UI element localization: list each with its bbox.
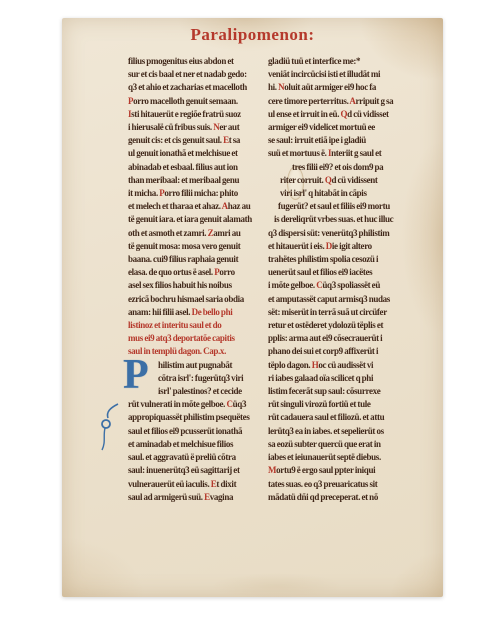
text-line: saul. et aggravatü ë preliü cõtra bbox=[128, 451, 262, 464]
text-segment: të genuit iara. et iara genuit alamath bbox=[128, 214, 252, 224]
text-line: sur et cis baal et ner et nadab gedo: bbox=[128, 68, 262, 81]
margin-flourish-icon bbox=[96, 402, 122, 454]
text-line: elasa. de quo ortus ë asel. Porro bbox=[128, 266, 262, 279]
text-line: vulnerauerüt eü iaculis. Et dixit bbox=[128, 478, 262, 491]
text-segment: ezricã bochru hismael saria obdia bbox=[128, 294, 244, 304]
text-line: it micha. Porro filii micha: phito bbox=[128, 187, 262, 200]
text-line: et amputassët caput armisq3 nudas bbox=[268, 293, 430, 306]
text-segment: d cü vidissent bbox=[331, 175, 377, 185]
text-line: trahëtes philistim spolia cesozü i bbox=[268, 253, 430, 266]
text-line: mãdatü dñi qd preceperat. et nõ bbox=[268, 491, 430, 504]
text-segment: tres filii ei9? et ois dom9 pa bbox=[292, 162, 383, 172]
text-line: të genuit mosa: mosa vero genuit bbox=[128, 240, 262, 253]
text-segment: nteriit g saul et bbox=[331, 148, 381, 158]
text-line: q3 dispersi süt: venerütq3 philistim bbox=[268, 227, 430, 240]
text-line: pplis: arma aut ei9 cõsecrauerüt i bbox=[268, 332, 430, 345]
text-line: et hitauerüt i eis. Die igit altero bbox=[268, 240, 430, 253]
text-line: Isti hitauerüt e regiõe fratrü suoz bbox=[128, 108, 262, 121]
text-segment: i hierusalë cü fribus suis. bbox=[128, 122, 213, 132]
text-line: lerütq3 ea in iabes. et sepelierüt os bbox=[268, 425, 430, 438]
text-segment: saul: inuenerütq3 eü sagittarij et bbox=[128, 465, 240, 475]
text-segment: et hitauerüt i eis. bbox=[268, 241, 326, 251]
text-line: anam: hii filii asel. De bello phi bbox=[128, 306, 262, 319]
text-line: tres filii ei9? et ois dom9 pa bbox=[268, 161, 430, 174]
text-segment: ortu9 ë ergo saul ppter iniqui bbox=[276, 465, 375, 475]
text-line: baana. cui9 filius raphaia genuit bbox=[128, 253, 262, 266]
text-segment: ul ense et irruit in eü. bbox=[268, 109, 341, 119]
text-segment: rüt vulnerati in mõte gelboe. bbox=[128, 399, 227, 409]
text-column-right: gladiü tuü et interfice me:*veniãt incir… bbox=[268, 55, 430, 504]
text-line: saul ad armigerü suü. Evagina bbox=[128, 491, 262, 504]
text-line: gladiü tuü et interfice me:* bbox=[268, 55, 430, 68]
text-line: q3 et ahio et zacharias et macelloth bbox=[128, 81, 262, 94]
text-segment: genuit cis: et cis genuit saul. bbox=[128, 135, 223, 145]
text-line: hi. Noluit aüt armiger ei9 hoc fa bbox=[268, 81, 430, 94]
text-segment: suü et mortuus ë. bbox=[268, 148, 328, 158]
text-segment: amri au bbox=[213, 228, 240, 238]
text-line: sa eozü subter quercü que erat in bbox=[268, 438, 430, 451]
text-segment: haz au bbox=[228, 201, 251, 211]
text-line: listinoz et interitu saul et do bbox=[128, 319, 262, 332]
text-segment: iabes et ieiunauerüt septë diebus. bbox=[268, 452, 381, 462]
illuminated-initial: P bbox=[123, 354, 149, 396]
text-segment: orro macelloth genuit semaan. bbox=[133, 96, 238, 106]
text-line: asel sex filios habuit his noibus bbox=[128, 279, 262, 292]
text-segment: abinadab et esbaal. filius aut ion bbox=[128, 162, 238, 172]
text-segment: appropiquassët philistim psequëtes bbox=[128, 412, 249, 422]
text-line: saul: inuenerütq3 eü sagittarij et bbox=[128, 464, 262, 477]
text-segment: vagina bbox=[210, 492, 233, 502]
text-segment: orro filii micha: phito bbox=[164, 188, 238, 198]
manuscript-page: Paralipomenon: filius pmogenitus eius ab… bbox=[62, 18, 443, 597]
text-line: se saul: irruit etiã ipe i gladiü bbox=[268, 134, 430, 147]
text-segment: armiger ei9 videlicet mortuü ee bbox=[268, 122, 375, 132]
text-line: ul genuit ionathã et melchisue et bbox=[128, 147, 262, 160]
text-segment: trahëtes philistim spolia cesozü i bbox=[268, 254, 378, 264]
text-segment: anam: hii filii asel. bbox=[128, 307, 192, 317]
text-line: phano dei sui et corp9 affixerüt i bbox=[268, 345, 430, 358]
text-line: rüt vulnerati in mõte gelboe. Cüq3 bbox=[128, 398, 262, 411]
text-line: uenerüt saul et filios ei9 iacëtes bbox=[268, 266, 430, 279]
text-line: Porro macelloth genuit semaan. bbox=[128, 95, 262, 108]
text-segment: asel sex filios habuit his noibus bbox=[128, 280, 232, 290]
text-line: listim fecerãt sup saul: cõsurrexe bbox=[268, 385, 430, 398]
running-title: Paralipomenon: bbox=[62, 25, 443, 45]
text-segment: et amputassët caput armisq3 nudas bbox=[268, 294, 390, 304]
text-segment: fugerüt? et saul et filiis ei9 mortu bbox=[278, 201, 390, 211]
text-segment: er aut bbox=[219, 122, 239, 132]
text-line: than meribaal: et meribaal genu bbox=[128, 174, 262, 187]
text-line: armiger ei9 videlicet mortuü ee bbox=[268, 121, 430, 134]
text-line: riter corruit. Qd cü vidissent bbox=[268, 174, 430, 187]
text-line: Mortu9 ë ergo saul ppter iniqui bbox=[268, 464, 430, 477]
text-segment: et melech et tharaa et ahaz. bbox=[128, 201, 222, 211]
text-line: i hierusalë cü fribus suis. Ner aut bbox=[128, 121, 262, 134]
text-segment: oc cü audissët vi bbox=[318, 360, 373, 370]
text-segment: isrl' palestinos? et cecide bbox=[158, 386, 242, 396]
text-segment: uenerüt saul et filios ei9 iacëtes bbox=[268, 267, 372, 277]
text-line: fugerüt? et saul et filiis ei9 mortu bbox=[268, 200, 430, 213]
text-segment: saul et filios ei9 pcusserüt ionathã bbox=[128, 426, 242, 436]
text-segment: hilistim aut pugnabãt bbox=[158, 360, 232, 370]
text-segment: than meribaal: et meribaal genu bbox=[128, 175, 239, 185]
text-segment: oth et asmoth et zamri. bbox=[128, 228, 208, 238]
text-segment: saul ad armigerü suü. bbox=[128, 492, 204, 502]
text-segment: d cü vidisset bbox=[347, 109, 388, 119]
text-line: sët: miserüt in terrã suã ut circüfer bbox=[268, 306, 430, 319]
text-segment: sët: miserüt in terrã suã ut circüfer bbox=[268, 307, 387, 317]
text-segment: sti hitauerüt e regiõe fratrü suoz bbox=[131, 109, 241, 119]
text-segment: üq3 bbox=[233, 399, 246, 409]
text-segment: listim fecerãt sup saul: cõsurrexe bbox=[268, 386, 380, 396]
text-segment: t sa bbox=[229, 135, 240, 145]
text-segment: ri iabes galaad oïa scilicet q phi bbox=[268, 373, 373, 383]
text-segment: rripuit g sa bbox=[356, 96, 394, 106]
text-line: appropiquassët philistim psequëtes bbox=[128, 411, 262, 424]
text-segment: ie igit altero bbox=[332, 241, 372, 251]
text-column-left: filius pmogenitus eius abdon etsur et ci… bbox=[128, 55, 262, 504]
text-line: ri iabes galaad oïa scilicet q phi bbox=[268, 372, 430, 385]
text-segment: cere timore perterritus. bbox=[268, 96, 349, 106]
text-line: ezricã bochru hismael saria obdia bbox=[128, 293, 262, 306]
text-segment: orro bbox=[219, 267, 234, 277]
text-segment: sur et cis baal et ner et nadab gedo: bbox=[128, 69, 247, 79]
text-segment: saul. et aggravatü ë preliü cõtra bbox=[128, 452, 236, 462]
text-segment: et aminadab et melchisue filios bbox=[128, 439, 233, 449]
text-segment: retur et ostëderet ydolozü tëplis et bbox=[268, 320, 383, 330]
text-line: genuit cis: et cis genuit saul. Et sa bbox=[128, 134, 262, 147]
text-segment: veniãt incircücisi isti et illudãt mi bbox=[268, 69, 380, 79]
text-segment: baana. cui9 filius raphaia genuit bbox=[128, 254, 238, 264]
text-line: tëplo dagon. Hoc cü audissët vi bbox=[268, 359, 430, 372]
stain bbox=[212, 573, 342, 599]
text-segment: riter corruit. bbox=[280, 175, 325, 185]
text-segment: filius pmogenitus eius abdon et bbox=[128, 56, 234, 66]
text-segment: De bello phi bbox=[192, 307, 233, 317]
text-line: rüt cadauera saul et filiozü. et attu bbox=[268, 411, 430, 424]
text-segment: mãdatü dñi qd preceperat. et nõ bbox=[268, 492, 378, 502]
text-segment: se saul: irruit etiã ipe i gladiü bbox=[268, 135, 366, 145]
text-line: is dereliqrüt vrbes suas. et huc illuc bbox=[268, 213, 430, 226]
text-segment: is dereliqrüt vrbes suas. et huc illuc bbox=[274, 214, 393, 224]
text-line: i mõte gelboe. Cüq3 spoliassët eü bbox=[268, 279, 430, 292]
text-segment: rüt singuli virozü fortiü et tule bbox=[268, 399, 371, 409]
text-segment: vulnerauerüt eü iaculis. bbox=[128, 479, 211, 489]
text-line: et melech et tharaa et ahaz. Ahaz au bbox=[128, 200, 262, 213]
text-segment: phano dei sui et corp9 affixerüt i bbox=[268, 346, 378, 356]
text-line: rüt singuli virozü fortiü et tule bbox=[268, 398, 430, 411]
text-segment: lerütq3 ea in iabes. et sepelierüt os bbox=[268, 426, 384, 436]
text-segment: i mõte gelboe. bbox=[268, 280, 316, 290]
text-segment: viri isrl' q hitabãt in cãpis bbox=[280, 188, 367, 198]
text-line: iabes et ieiunauerüt septë diebus. bbox=[268, 451, 430, 464]
text-segment: M bbox=[268, 465, 276, 475]
text-line: veniãt incircücisi isti et illudãt mi bbox=[268, 68, 430, 81]
text-line: viri isrl' q hitabãt in cãpis bbox=[268, 187, 430, 200]
text-segment: gladiü tuü et interfice me:* bbox=[268, 56, 360, 66]
text-segment: listinoz et interitu saul et do bbox=[128, 320, 221, 330]
text-segment: q3 dispersi süt: venerütq3 philistim bbox=[268, 228, 389, 238]
text-segment: ul genuit ionathã et melchisue et bbox=[128, 148, 238, 158]
text-segment: mus ei9 atq3 deportatõe capitis bbox=[128, 333, 235, 343]
text-segment: rüt cadauera saul et filiozü. et attu bbox=[268, 412, 384, 422]
text-line: retur et ostëderet ydolozü tëplis et bbox=[268, 319, 430, 332]
text-line: ul ense et irruit in eü. Qd cü vidisset bbox=[268, 108, 430, 121]
text-segment: cõtra isrl': fugerütq3 viri bbox=[158, 373, 243, 383]
text-line: oth et asmoth et zamri. Zamri au bbox=[128, 227, 262, 240]
text-segment: pplis: arma aut ei9 cõsecrauerüt i bbox=[268, 333, 382, 343]
text-segment: oluit aüt armiger ei9 hoc fa bbox=[284, 82, 376, 92]
text-line: filius pmogenitus eius abdon et bbox=[128, 55, 262, 68]
text-line: mus ei9 atq3 deportatõe capitis bbox=[128, 332, 262, 345]
text-segment: t dixit bbox=[216, 479, 236, 489]
text-segment: të genuit mosa: mosa vero genuit bbox=[128, 241, 240, 251]
text-line: të genuit iara. et iara genuit alamath bbox=[128, 213, 262, 226]
text-line: abinadab et esbaal. filius aut ion bbox=[128, 161, 262, 174]
text-segment: tëplo dagon. bbox=[268, 360, 312, 370]
text-segment: üq3 spoliassët eü bbox=[322, 280, 380, 290]
text-segment: hi. bbox=[268, 82, 278, 92]
text-segment: q3 et ahio et zacharias et macelloth bbox=[128, 82, 247, 92]
text-line: suü et mortuus ë. Interiit g saul et bbox=[268, 147, 430, 160]
text-segment: sa eozü subter quercü que erat in bbox=[268, 439, 381, 449]
text-line: tates suas. eo q3 preuaricatus sit bbox=[268, 478, 430, 491]
text-line: saul et filios ei9 pcusserüt ionathã bbox=[128, 425, 262, 438]
text-segment: tates suas. eo q3 preuaricatus sit bbox=[268, 479, 377, 489]
text-line: cere timore perterritus. Arripuit g sa bbox=[268, 95, 430, 108]
text-line: et aminadab et melchisue filios bbox=[128, 438, 262, 451]
text-segment: it micha. bbox=[128, 188, 159, 198]
text-segment: elasa. de quo ortus ë asel. bbox=[128, 267, 214, 277]
